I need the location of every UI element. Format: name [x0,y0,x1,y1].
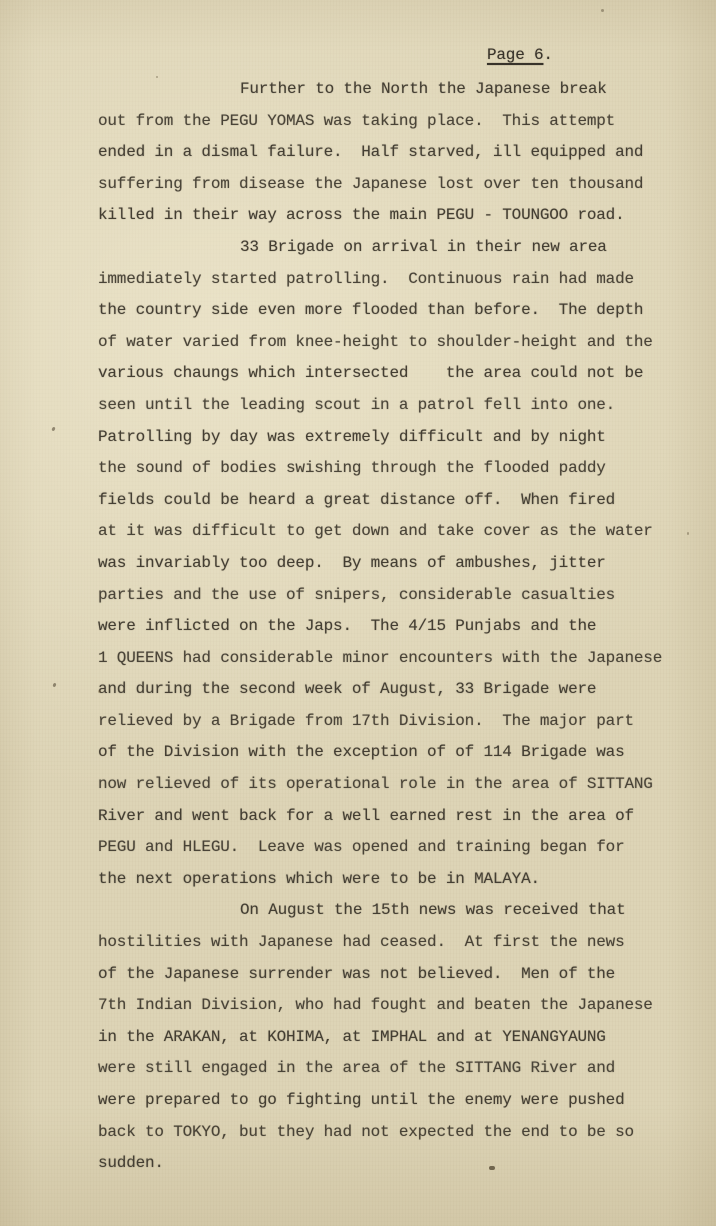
text-line: suffering from disease the Japanese lost… [98,169,678,201]
paper-speck [687,532,689,535]
text-line: in the ARAKAN, at KOHIMA, at IMPHAL and … [98,1022,678,1054]
paragraph: 33 Brigade on arrival in their new areai… [98,232,678,895]
text-line: 7th Indian Division, who had fought and … [98,990,678,1022]
text-line: and during the second week of August, 33… [98,674,678,706]
page-number-period: . [543,46,552,64]
text-line: immediately started patrolling. Continuo… [98,264,678,296]
text-line: seen until the leading scout in a patrol… [98,390,678,422]
text-line: sudden. [98,1148,678,1180]
paper-speck [98,690,101,693]
paper-speck [601,9,604,12]
text-line: Patrolling by day was extremely difficul… [98,422,678,454]
paper-speck [51,427,55,432]
text-line: relieved by a Brigade from 17th Division… [98,706,678,738]
text-line: hostilities with Japanese had ceased. At… [98,927,678,959]
text-line: On August the 15th news was received tha… [98,895,678,927]
text-line: parties and the use of snipers, consider… [98,580,678,612]
text-line: now relieved of its operational role in … [98,769,678,801]
text-line: the sound of bodies swishing through the… [98,453,678,485]
text-line: 33 Brigade on arrival in their new area [98,232,678,264]
text-line: Further to the North the Japanese break [98,74,678,106]
text-line: out from the PEGU YOMAS was taking place… [98,106,678,138]
scanned-document-page: Page 6. Further to the North the Japanes… [0,0,716,1226]
text-line: River and went back for a well earned re… [98,801,678,833]
text-line: various chaungs which intersected the ar… [98,358,678,390]
text-line: was invariably too deep. By means of amb… [98,548,678,580]
text-line: 1 QUEENS had considerable minor encounte… [98,643,678,675]
paragraph: Further to the North the Japanese breako… [98,74,678,232]
text-line: the next operations which were to be in … [98,864,678,896]
page-number-heading: Page 6. [487,46,553,64]
text-line: fields could be heard a great distance o… [98,485,678,517]
text-line: of water varied from knee-height to shou… [98,327,678,359]
paper-speck [156,76,158,78]
paper-speck [489,1166,495,1170]
paper-speck [52,683,56,688]
text-line: the country side even more flooded than … [98,295,678,327]
text-line: at it was difficult to get down and take… [98,516,678,548]
text-line: ended in a dismal failure. Half starved,… [98,137,678,169]
text-line: of the Division with the exception of of… [98,737,678,769]
page-number-text: Page 6 [487,46,543,64]
text-line: PEGU and HLEGU. Leave was opened and tra… [98,832,678,864]
text-line: of the Japanese surrender was not believ… [98,959,678,991]
document-text-body: Further to the North the Japanese breako… [98,74,678,1180]
text-line: killed in their way across the main PEGU… [98,200,678,232]
paragraph: On August the 15th news was received tha… [98,895,678,1179]
text-line: were prepared to go fighting until the e… [98,1085,678,1117]
text-line: were still engaged in the area of the SI… [98,1053,678,1085]
text-line: were inflicted on the Japs. The 4/15 Pun… [98,611,678,643]
text-line: back to TOKYO, but they had not expected… [98,1117,678,1149]
